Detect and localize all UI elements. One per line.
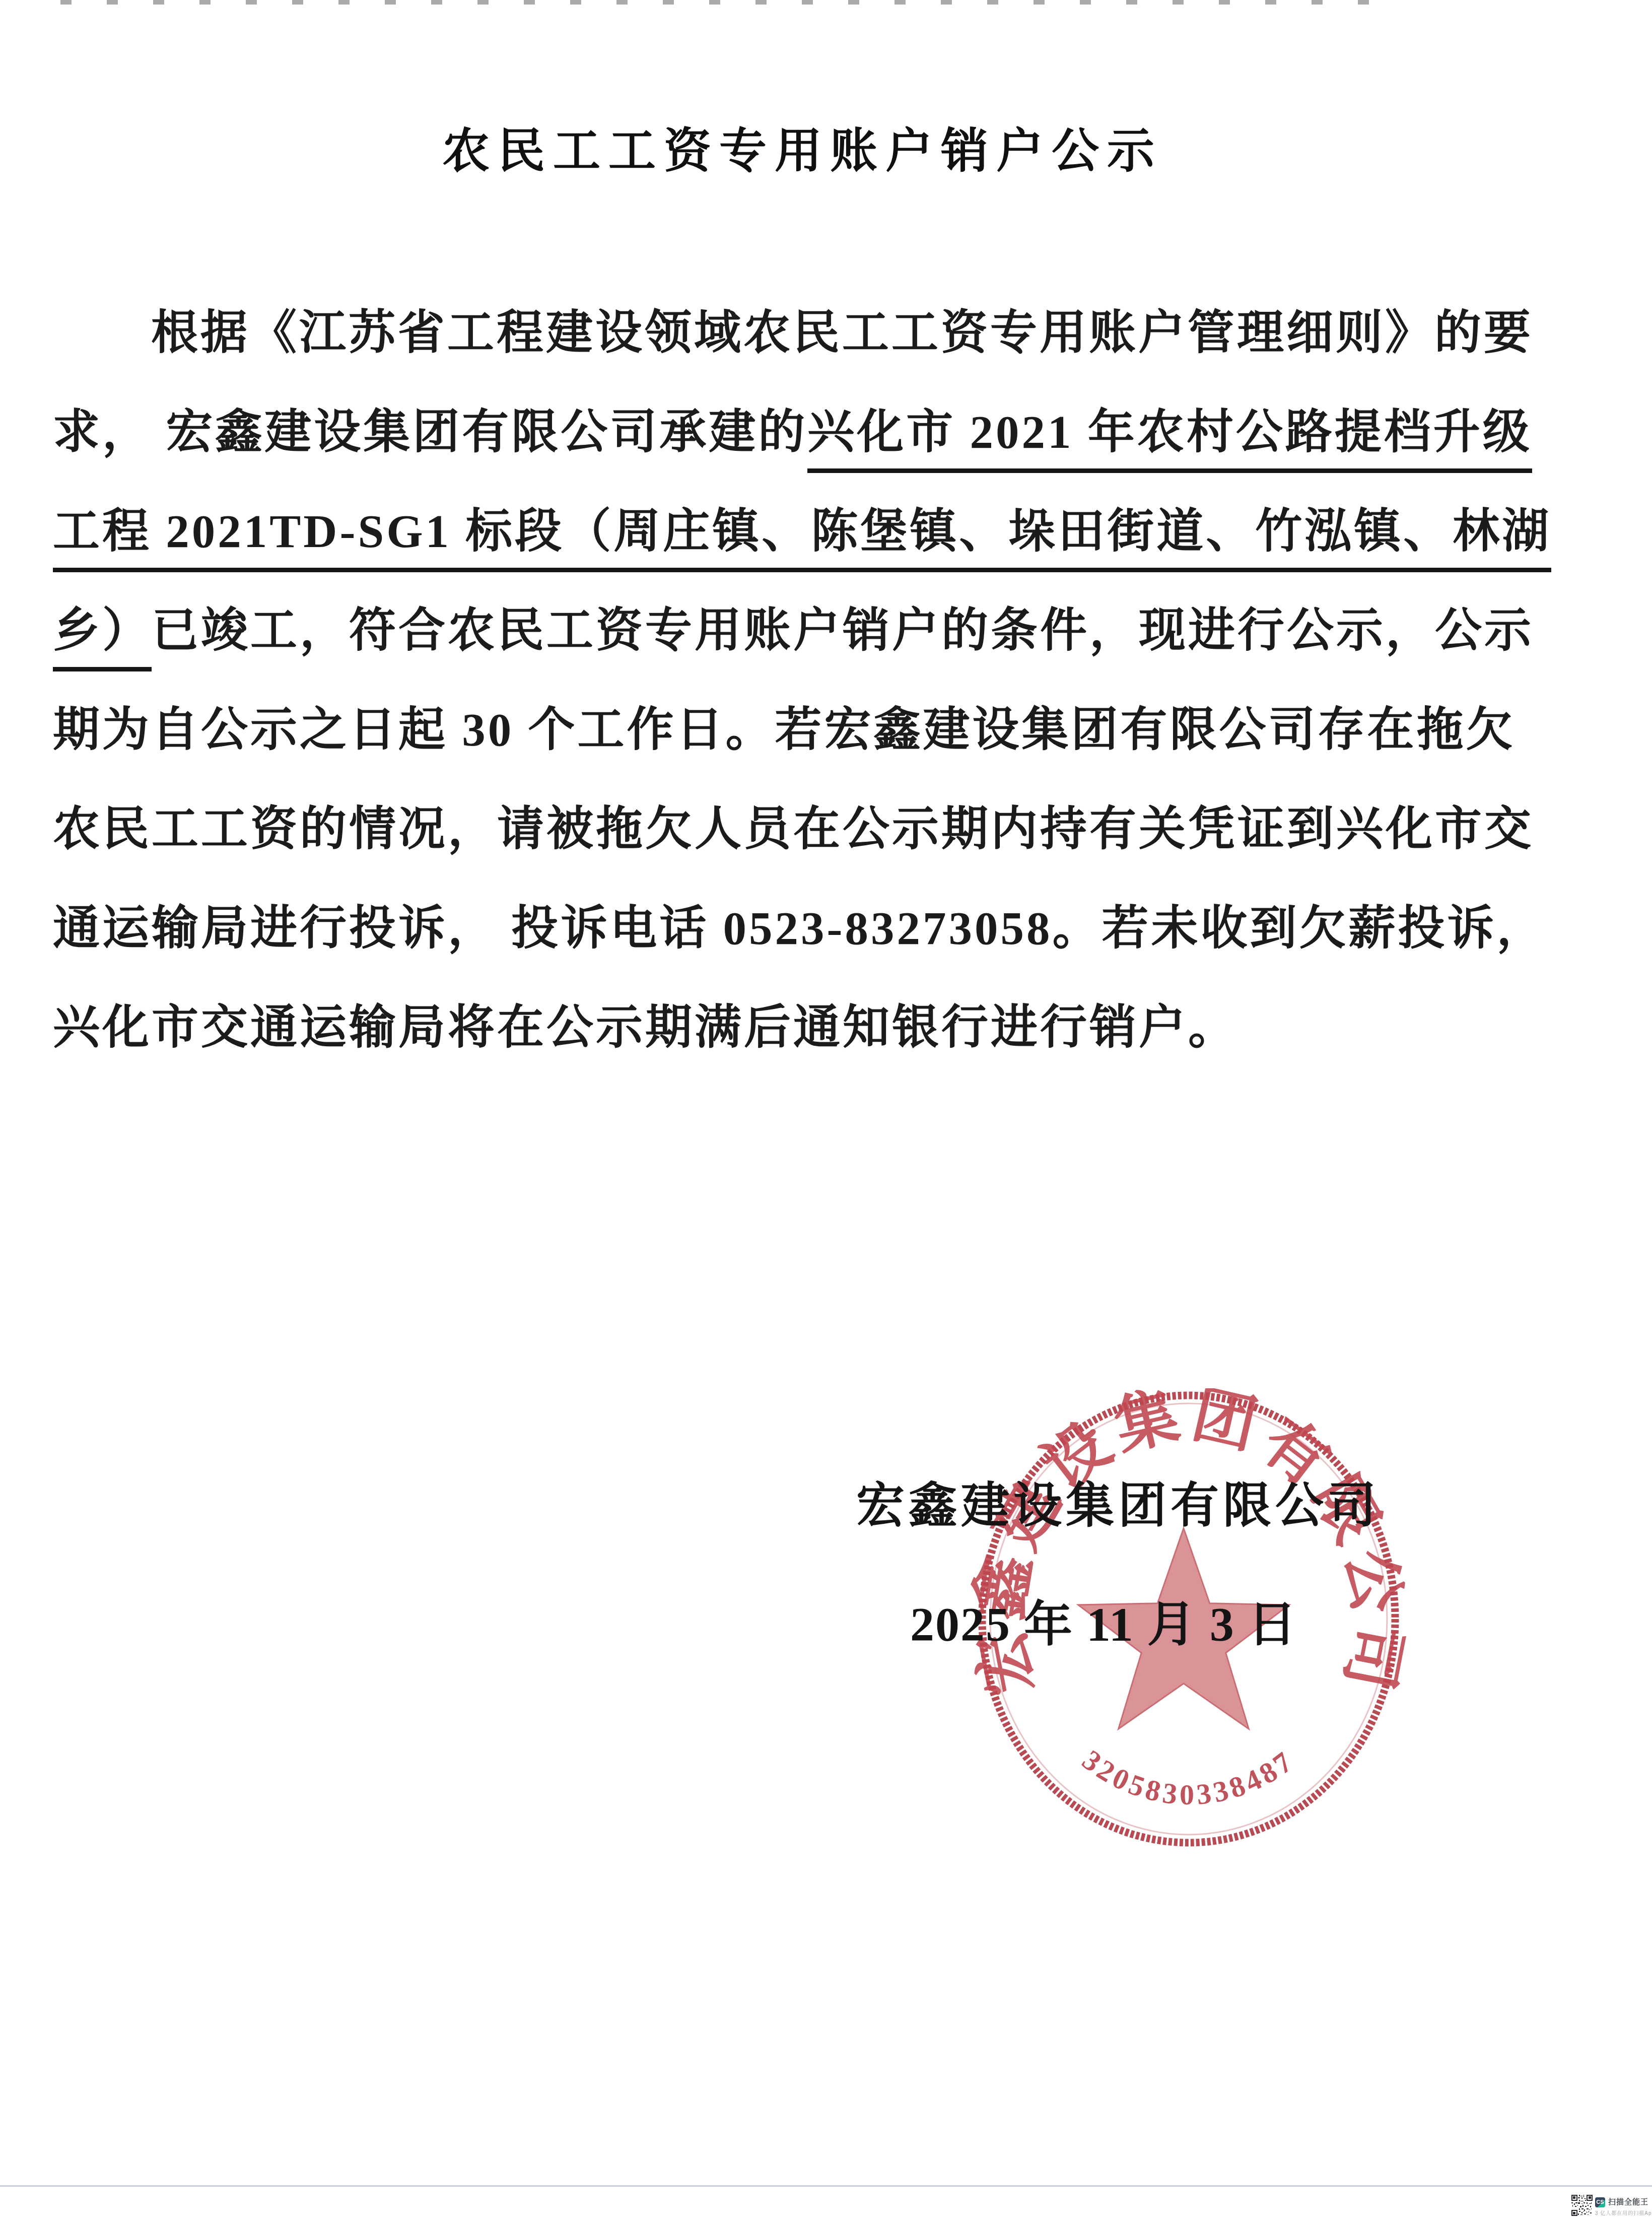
text-segment: 农民工工资的情况，请被拖欠人员在公示期内持有关凭证到兴化市交 [53, 803, 1534, 855]
watermark-app-name: 扫描全能王 [1608, 2197, 1648, 2207]
notice-line: 求， 宏鑫建设集团有限公司承建的兴化市 2021 年农村公路提档升级 [53, 383, 1554, 482]
page-title: 农民工工资专用账户销户公示 [442, 113, 1162, 181]
text-segment: 根据《江苏省工程建设领域农民工工资专用账户管理细则》的要 [151, 307, 1533, 359]
signature-date: 2025 年 11 月 3 日 [910, 1586, 1297, 1655]
underlined-text-segment: 兴化市 2021 年农村公路提档升级 [807, 407, 1532, 473]
notice-line: 兴化市交通运输局将在公示期满后通知银行进行销户。 [53, 978, 1554, 1078]
text-segment: 兴化市交通运输局将在公示期满后通知银行进行销户。 [53, 1002, 1237, 1054]
scanned-document-page: 农民工工资专用账户销户公示 根据《江苏省工程建设领域农民工工资专用账户管理细则》… [0, 0, 1652, 2222]
watermark-tagline: 3 亿人都在用的扫描App [1595, 2209, 1652, 2216]
seal-serial-number: 3205830338487 [1076, 1743, 1301, 1811]
signature-company: 宏鑫建设集团有限公司 [856, 1467, 1380, 1536]
scan-edge-artifacts [60, 0, 1370, 5]
text-segment: 已竣工，符合农民工资专用账户销户的条件，现进行公示，公示 [152, 605, 1534, 657]
notice-body: 根据《江苏省工程建设领域农民工工资专用账户管理细则》的要求， 宏鑫建设集团有限公… [53, 284, 1554, 1078]
text-segment: 求， 宏鑫建设集团有限公司承建的 [53, 407, 807, 458]
scan-page-bottom-edge [0, 2185, 1652, 2187]
underlined-text-segment: 乡） [53, 605, 152, 671]
notice-line: 期为自公示之日起 30 个工作日。若宏鑫建设集团有限公司存在拖欠 [53, 681, 1554, 780]
text-segment: 期为自公示之日起 30 个工作日。若宏鑫建设集团有限公司存在拖欠 [53, 704, 1516, 756]
notice-line: 通运输局进行投诉， 投诉电话 0523-83273058。若未收到欠薪投诉， [53, 879, 1554, 978]
text-segment: 通运输局进行投诉， 投诉电话 0523-83273058。若未收到欠薪投诉， [53, 903, 1546, 955]
notice-line: 根据《江苏省工程建设领域农民工工资专用账户管理细则》的要 [53, 284, 1554, 383]
notice-line: 乡）已竣工，符合农民工资专用账户销户的条件，现进行公示，公示 [53, 581, 1554, 681]
notice-line: 工程 2021TD-SG1 标段（周庄镇、陈堡镇、垛田街道、竹泓镇、林湖 [53, 482, 1554, 581]
camscanner-logo-icon: CS [1595, 2197, 1605, 2207]
qr-code [1571, 2194, 1593, 2216]
underlined-text-segment: 工程 2021TD-SG1 标段（周庄镇、陈堡镇、垛田街道、竹泓镇、林湖 [53, 506, 1551, 572]
notice-line: 农民工工资的情况，请被拖欠人员在公示期内持有关凭证到兴化市交 [53, 780, 1554, 879]
